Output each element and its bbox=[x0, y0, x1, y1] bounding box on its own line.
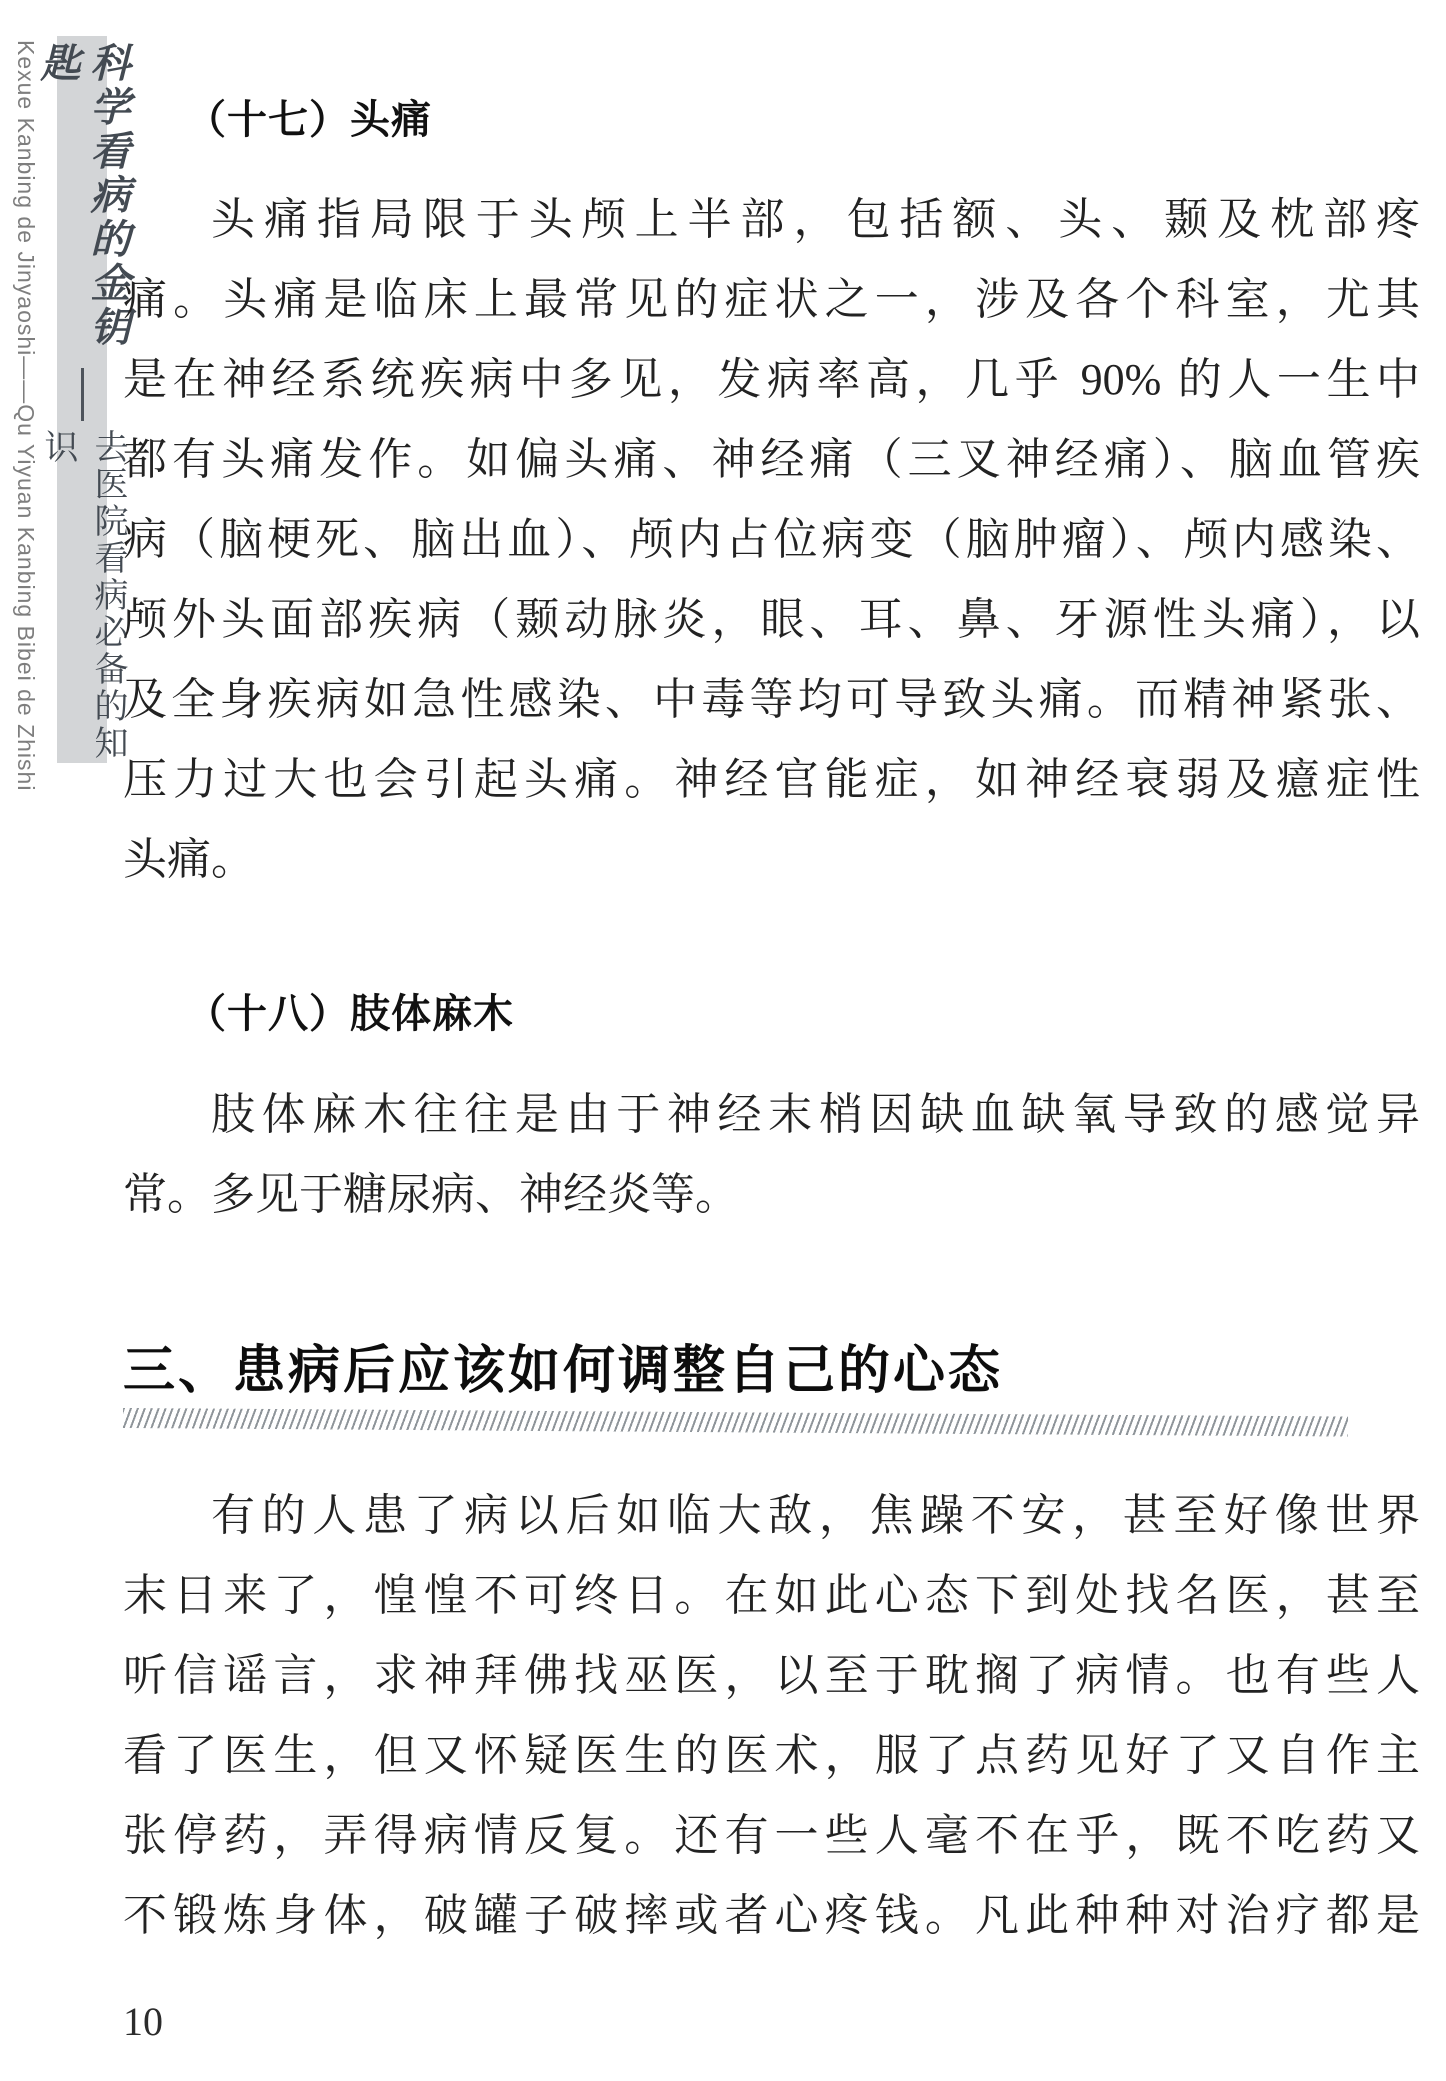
section-3-paragraph: 有的人患了病以后如临大敌，焦躁不安，甚至好像世界 末日来了，惶惶不可终日。在如此… bbox=[123, 1476, 1420, 1956]
spine-title-calligraphy: 科学看病的金钥匙 bbox=[32, 42, 132, 360]
body-line: 是在神经系统疾病中多见，发病率高，几乎 90% 的人一生中 bbox=[123, 340, 1420, 420]
section-17-heading: （十七）头痛 bbox=[186, 88, 432, 145]
page-number: 10 bbox=[123, 1998, 163, 2045]
body-line: 肢体麻木往往是由于神经末梢因缺血缺氧导致的感觉异 bbox=[123, 1075, 1420, 1155]
body-line: 看了医生，但又怀疑医生的医术，服了点药见好了又自作主 bbox=[123, 1716, 1420, 1796]
body-line: 压力过大也会引起头痛。神经官能症，如神经衰弱及癔症性 bbox=[123, 740, 1420, 820]
body-line: 都有头痛发作。如偏头痛、神经痛（三叉神经痛）、脑血管疾 bbox=[123, 420, 1420, 500]
spine-strip: 科学看病的金钥匙 去医院看病必备的知识 bbox=[57, 36, 107, 763]
body-line: 不锻炼身体，破罐子破摔或者心疼钱。凡此种种对治疗都是 bbox=[123, 1876, 1420, 1956]
body-line: 痛。头痛是临床上最常见的症状之一，涉及各个科室，尤其 bbox=[123, 260, 1420, 340]
body-line: 头痛。 bbox=[123, 820, 1420, 900]
spine-subtitle: 去医院看病必备的知识 bbox=[32, 429, 132, 763]
book-page: Kexue Kanbing de Jinyaoshi——Qu Yiyuan Ka… bbox=[0, 0, 1446, 2081]
section-3-heading: 三、患病后应该如何调整自己的心态 bbox=[123, 1328, 1003, 1403]
body-line: 听信谣言，求神拜佛找巫医，以至于耽搁了病情。也有些人 bbox=[123, 1636, 1420, 1716]
body-line: 颅外头面部疾病（颞动脉炎，眼、耳、鼻、牙源性头痛），以 bbox=[123, 580, 1420, 660]
body-line: 头痛指局限于头颅上半部，包括额、头、颞及枕部疼 bbox=[123, 180, 1420, 260]
spine-dash-rule bbox=[81, 368, 84, 420]
section-18-paragraph: 肢体麻木往往是由于神经末梢因缺血缺氧导致的感觉异 常。多见于糖尿病、神经炎等。 bbox=[123, 1075, 1420, 1235]
decorative-hatch-rule bbox=[123, 1408, 1348, 1437]
section-18-heading: （十八）肢体麻木 bbox=[186, 982, 514, 1039]
body-line: 张停药，弄得病情反复。还有一些人毫不在乎，既不吃药又 bbox=[123, 1796, 1420, 1876]
body-line: 常。多见于糖尿病、神经炎等。 bbox=[123, 1155, 1420, 1235]
body-line: 有的人患了病以后如临大敌，焦躁不安，甚至好像世界 bbox=[123, 1476, 1420, 1556]
body-line: 病（脑梗死、脑出血）、颅内占位病变（脑肿瘤）、颅内感染、 bbox=[123, 500, 1420, 580]
body-line: 及全身疾病如急性感染、中毒等均可导致头痛。而精神紧张、 bbox=[123, 660, 1420, 740]
section-17-paragraph: 头痛指局限于头颅上半部，包括额、头、颞及枕部疼 痛。头痛是临床上最常见的症状之一… bbox=[123, 180, 1420, 900]
body-line: 末日来了，惶惶不可终日。在如此心态下到处找名医，甚至 bbox=[123, 1556, 1420, 1636]
